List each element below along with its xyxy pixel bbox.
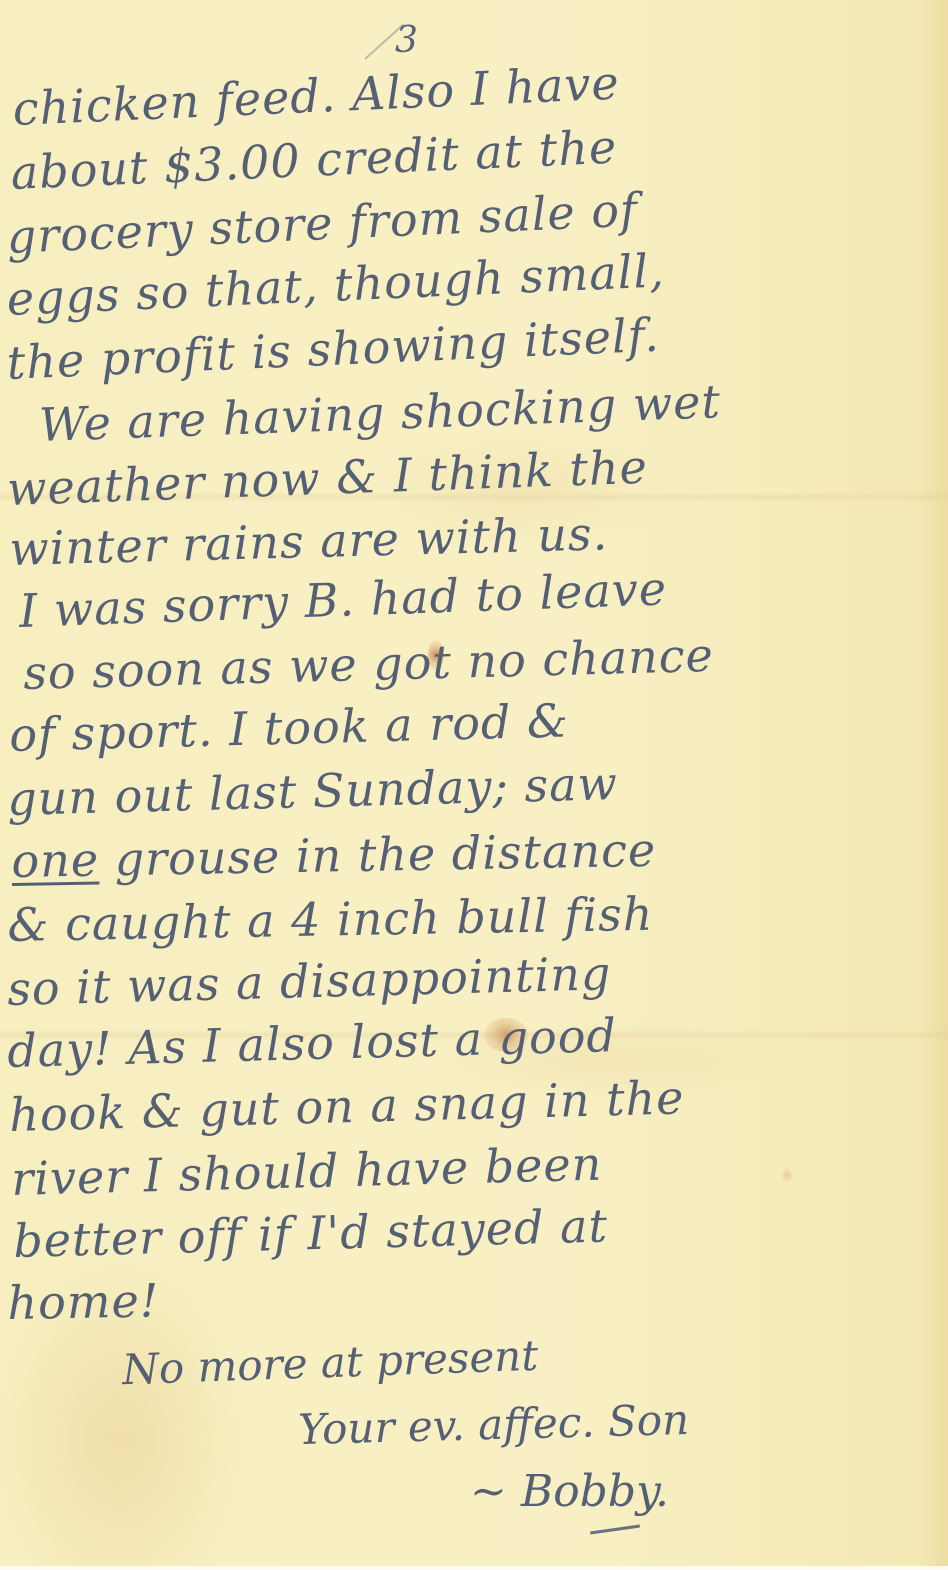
- closing-line: No more at present: [121, 1331, 539, 1394]
- letter-line-underlined: one grouse in the distance: [11, 823, 656, 888]
- letter-line: & caught a 4 inch bull fish: [7, 887, 654, 952]
- letter-line: gun out last Sunday; saw: [7, 756, 619, 826]
- letter-page: 3 chicken feed. Also I have about $3.00 …: [0, 0, 948, 1566]
- letter-line: home!: [7, 1273, 160, 1330]
- letter-line: day! As I also lost a good: [7, 1008, 618, 1078]
- letter-line: better off if I'd stayed at: [13, 1198, 609, 1268]
- letter-line: hook & gut on a snag in the: [9, 1070, 685, 1142]
- signature-flourish: [590, 1525, 640, 1535]
- letter-line: so soon as we got no chance: [23, 628, 715, 700]
- scan-border: [0, 1566, 948, 1570]
- letter-line: weather now & I think the: [6, 440, 648, 516]
- letter-line-text: grouse in the distance: [114, 823, 656, 886]
- underlined-word: one: [11, 832, 99, 888]
- letter-line: river I should have been: [11, 1137, 603, 1206]
- signature: ~ Bobby.: [470, 1466, 669, 1517]
- letter-line: of sport. I took a rod &: [9, 693, 570, 762]
- letter-line: so it was a disappointing: [7, 946, 612, 1016]
- foxing-stain: [782, 1168, 792, 1182]
- closing-salutation: Your ev. affec. Son: [297, 1395, 689, 1454]
